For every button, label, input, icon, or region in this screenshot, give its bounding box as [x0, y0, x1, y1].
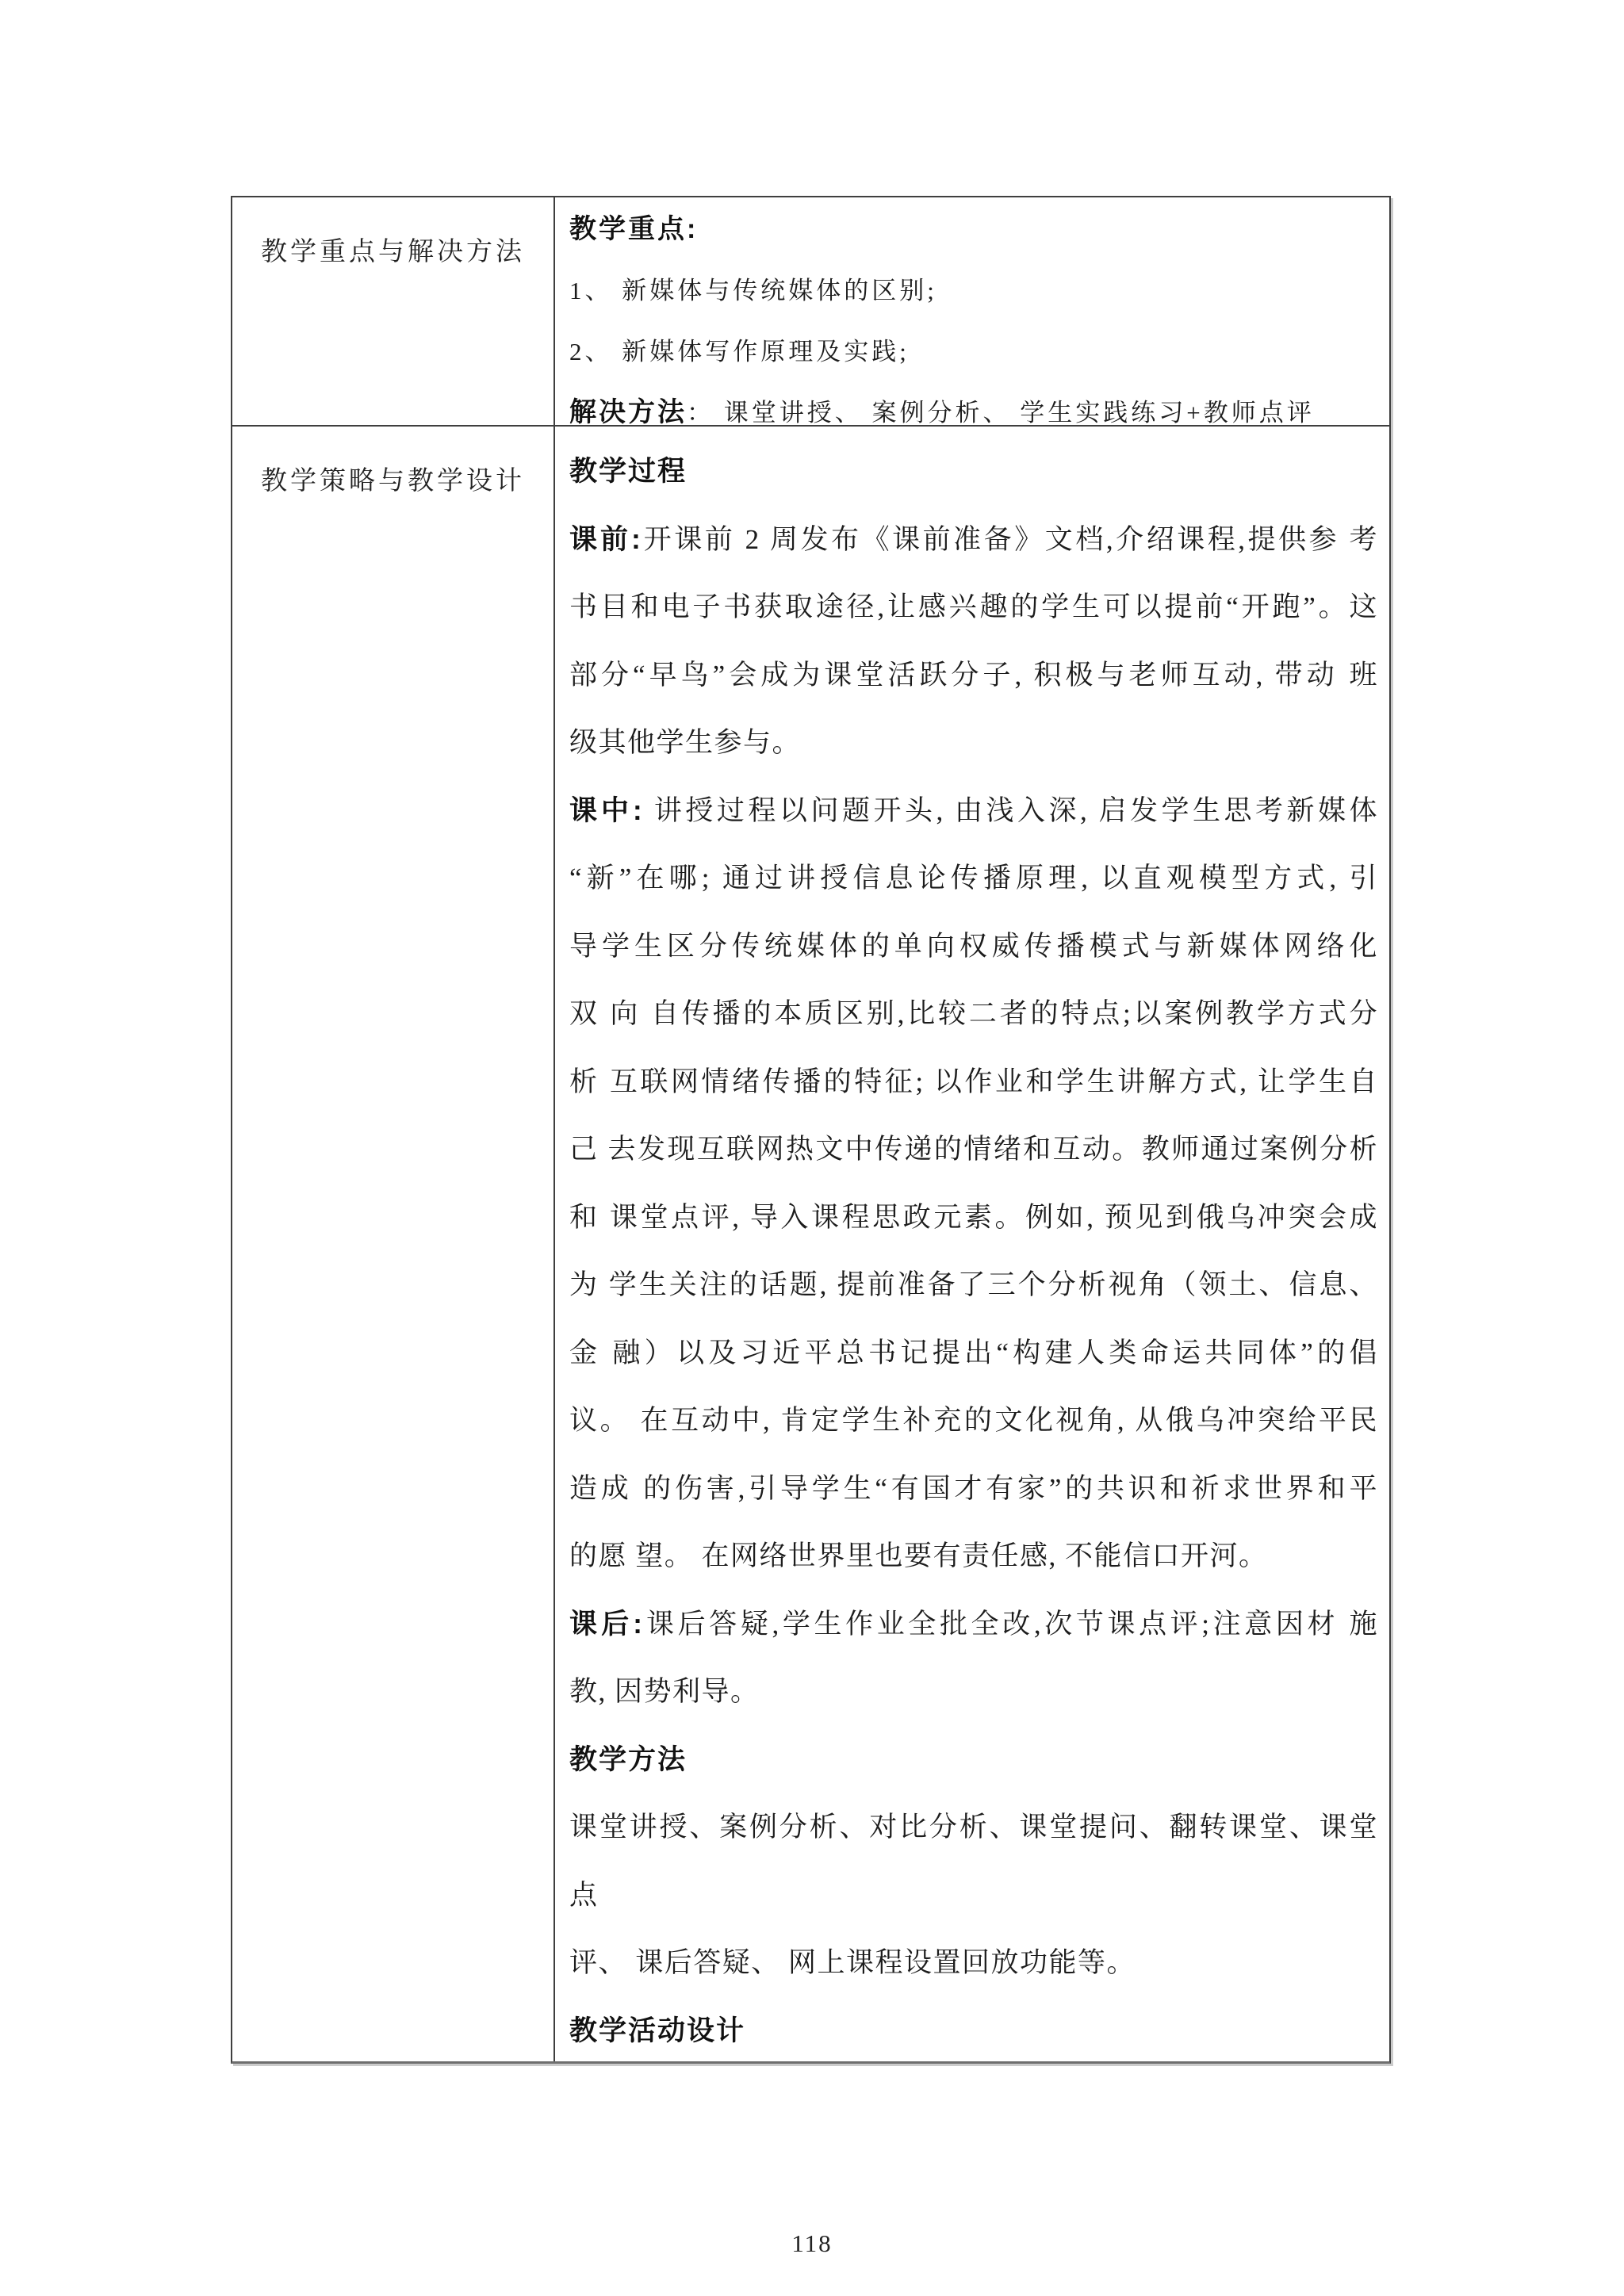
- text-line: 己 去发现互联网热文中传递的情绪和互动。教师通过案例分析: [569, 1115, 1378, 1184]
- line-text: 课堂讲授、案例分析、对比分析、课堂提问、翻转课堂、课堂 点: [569, 1812, 1378, 1911]
- text-line: 评、 课后答疑、 网上课程设置回放功能等。: [569, 1929, 1378, 1997]
- text-line: 课后:课后答疑,学生作业全批全改,次节课点评;注意因材 施: [569, 1590, 1378, 1659]
- line-text: 的愿 望。 在网络世界里也要有责任感, 不能信口开河。: [569, 1540, 1268, 1571]
- text-line: 教学方法: [569, 1726, 1378, 1794]
- row-header-label: 教学重点与解决方法: [261, 238, 525, 266]
- text-line: 教, 因势利导。: [569, 1658, 1378, 1726]
- text-line: 金 融）以及习近平总书记提出“构建人类命运共同体”的倡: [569, 1319, 1378, 1387]
- text-line: 为 学生关注的话题, 提前准备了三个分析视角（领土、信息、: [569, 1251, 1378, 1319]
- line-text: 析 互联网情绪传播的特征; 以作业和学生讲解方式, 让学生自: [569, 1066, 1378, 1097]
- row-header-cell: 教学策略与教学设计: [232, 427, 555, 2061]
- line-bold-label: 课中:: [569, 795, 644, 826]
- text-line: 课前:开课前 2 周发布《课前准备》文档,介绍课程,提供参 考: [569, 506, 1378, 574]
- line-bold-label: 教学重点:: [569, 214, 698, 244]
- text-line: 部分“早鸟”会成为课堂活跃分子, 积极与老师互动, 带动 班: [569, 641, 1378, 710]
- line-text: 2、 新媒体写作原理及实践;: [569, 338, 910, 365]
- text-line: 双 向 自传播的本质区别,比较二者的特点;以案例教学方式分: [569, 980, 1378, 1048]
- line-text: 部分“早鸟”会成为课堂活跃分子, 积极与老师互动, 带动 班: [569, 660, 1378, 691]
- line-bold-label: 课后:: [569, 1609, 644, 1640]
- line-text: 议。 在互动中, 肯定学生补充的文化视角, 从俄乌冲突给平民: [569, 1405, 1378, 1436]
- text-line: 析 互联网情绪传播的特征; 以作业和学生讲解方式, 让学生自: [569, 1048, 1378, 1116]
- row-content-cell: 教学重点: 1、 新媒体与传统媒体的区别; 2、 新媒体写作原理及实践; 解决方…: [555, 197, 1389, 425]
- text-line: 导学生区分传统媒体的单向权威传播模式与新媒体网络化: [569, 913, 1378, 981]
- text-line: 级其他学生参与。: [569, 709, 1378, 777]
- line-bold-label: 教学活动设计: [569, 2015, 745, 2046]
- line-text: 导学生区分传统媒体的单向权威传播模式与新媒体网络化: [569, 931, 1378, 962]
- text-line: 2、 新媒体写作原理及实践;: [569, 321, 1378, 382]
- line-text: 1、 新媒体与传统媒体的区别;: [569, 277, 937, 304]
- text-line: 解决方法： 课堂讲授、 案例分析、 学生实践练习+教师点评: [569, 382, 1378, 425]
- text-line: “新”在哪; 通过讲授信息论传播原理, 以直观模型方式, 引: [569, 844, 1378, 913]
- text-line: 的愿 望。 在网络世界里也要有责任感, 不能信口开河。: [569, 1522, 1378, 1590]
- line-text: 造成 的伤害,引导学生“有国才有家”的共识和祈求世界和平: [569, 1473, 1378, 1504]
- text-line: 课堂讲授、案例分析、对比分析、课堂提问、翻转课堂、课堂 点: [569, 1793, 1378, 1929]
- line-text: 己 去发现互联网热文中传递的情绪和互动。教师通过案例分析: [569, 1134, 1378, 1165]
- lesson-plan-table: 教学重点与解决方法 教学重点: 1、 新媒体与传统媒体的区别; 2、 新媒体写作…: [231, 196, 1391, 2064]
- text-line: 教学重点:: [569, 199, 1378, 260]
- table-row-teaching-focus: 教学重点与解决方法 教学重点: 1、 新媒体与传统媒体的区别; 2、 新媒体写作…: [232, 197, 1389, 427]
- line-text: 为 学生关注的话题, 提前准备了三个分析视角（领土、信息、: [569, 1269, 1378, 1300]
- table-row-teaching-strategy: 教学策略与教学设计 教学过程 课前:开课前 2 周发布《课前准备》文档,介绍课程…: [232, 427, 1389, 2061]
- row-header-label: 教学策略与教学设计: [261, 467, 525, 496]
- line-text: 讲授过程以问题开头, 由浅入深, 启发学生思考新媒体: [644, 795, 1378, 826]
- line-text: 评、 课后答疑、 网上课程设置回放功能等。: [569, 1947, 1136, 1978]
- text-line: 教学过程: [569, 438, 1378, 506]
- line-text: 和 课堂点评, 导入课程思政元素。例如, 预见到俄乌冲突会成: [569, 1202, 1378, 1233]
- text-line: 和 课堂点评, 导入课程思政元素。例如, 预见到俄乌冲突会成: [569, 1184, 1378, 1252]
- row-header-cell: 教学重点与解决方法: [232, 197, 555, 425]
- line-text: 金 融）以及习近平总书记提出“构建人类命运共同体”的倡: [569, 1337, 1378, 1368]
- line-bold-label: 教学过程: [569, 456, 687, 487]
- line-text: 课后答疑,学生作业全批全改,次节课点评;注意因材 施: [644, 1609, 1378, 1640]
- line-text: 书目和电子书获取途径,让感兴趣的学生可以提前“开跑”。这: [569, 591, 1378, 622]
- line-text: 教, 因势利导。: [569, 1676, 760, 1707]
- line-text: “新”在哪; 通过讲授信息论传播原理, 以直观模型方式, 引: [569, 863, 1378, 894]
- line-text: 级其他学生参与。: [569, 727, 801, 758]
- row-content-cell: 教学过程 课前:开课前 2 周发布《课前准备》文档,介绍课程,提供参 考 书目和…: [555, 427, 1389, 2061]
- line-text: ： 课堂讲授、 案例分析、 学生实践练习+教师点评: [687, 399, 1315, 425]
- page-number: 118: [0, 2229, 1624, 2258]
- line-text: 开课前 2 周发布《课前准备》文档,介绍课程,提供参 考: [642, 524, 1378, 555]
- line-bold-label: 课前:: [569, 524, 642, 555]
- text-line: 课中: 讲授过程以问题开头, 由浅入深, 启发学生思考新媒体: [569, 777, 1378, 845]
- line-text: 双 向 自传播的本质区别,比较二者的特点;以案例教学方式分: [569, 998, 1378, 1029]
- text-line: 议。 在互动中, 肯定学生补充的文化视角, 从俄乌冲突给平民: [569, 1387, 1378, 1455]
- line-bold-label: 解决方法: [569, 397, 687, 425]
- line-bold-label: 教学方法: [569, 1744, 687, 1775]
- text-line: 1、 新媒体与传统媒体的区别;: [569, 260, 1378, 321]
- text-line: 造成 的伤害,引导学生“有国才有家”的共识和祈求世界和平: [569, 1455, 1378, 1523]
- text-line: 教学活动设计: [569, 1997, 1378, 2062]
- text-line: 书目和电子书获取途径,让感兴趣的学生可以提前“开跑”。这: [569, 573, 1378, 641]
